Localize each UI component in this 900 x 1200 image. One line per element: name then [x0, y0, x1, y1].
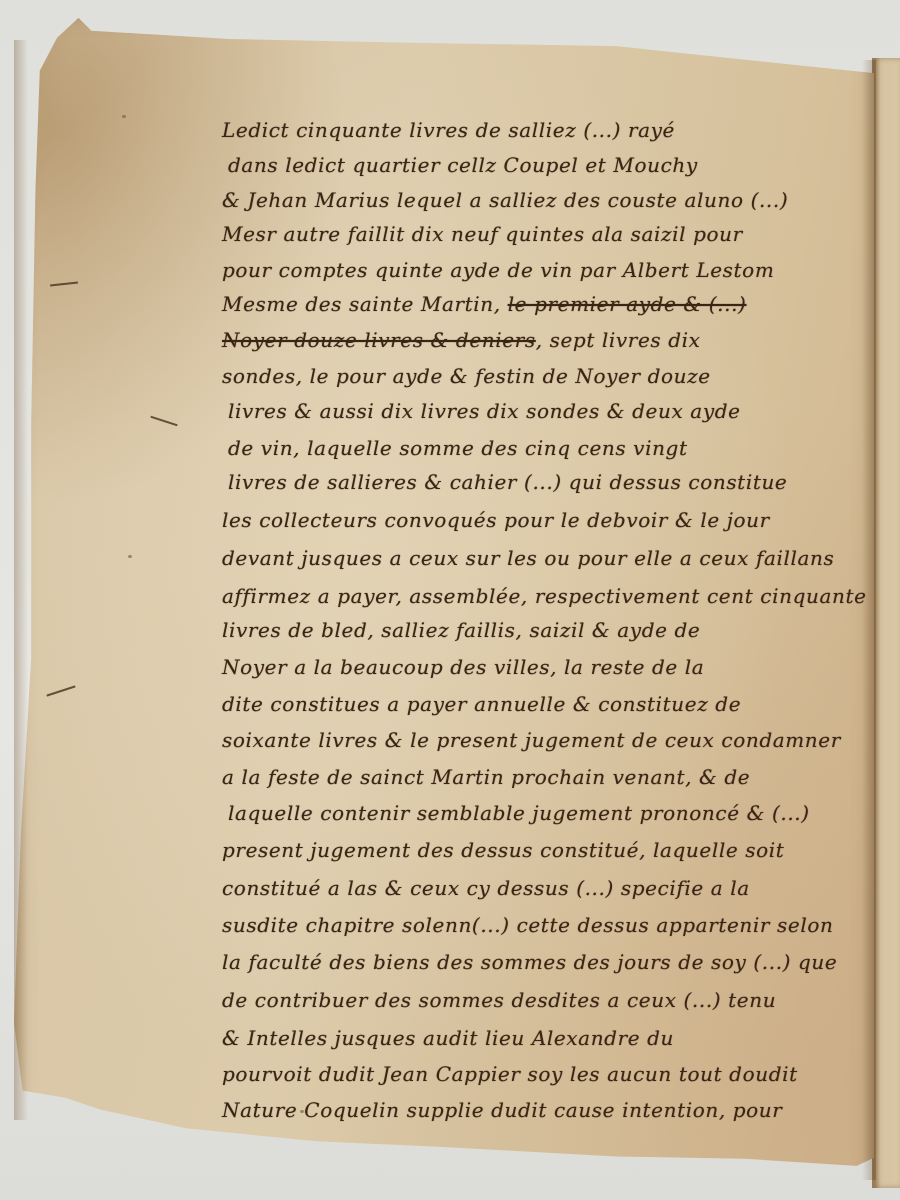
manuscript-line: constitué a las & ceux cy dessus (...) s…: [222, 876, 750, 900]
manuscript-line: livres de sallieres & cahier (...) qui d…: [228, 470, 787, 494]
manuscript-line: laquelle contenir semblable jugement pro…: [228, 801, 810, 825]
manuscript-line: Nature Coquelin supplie dudit cause inte…: [222, 1098, 782, 1122]
manuscript-line: livres & aussi dix livres dix sondes & d…: [228, 399, 741, 423]
manuscript-line: pourvoit dudit Jean Cappier soy les aucu…: [222, 1062, 798, 1086]
manuscript-line: present jugement des dessus constitué, l…: [222, 838, 784, 862]
manuscript-line: pour comptes quinte ayde de vin par Albe…: [222, 258, 774, 282]
struck-text: Noyer douze livres & deniers: [222, 328, 536, 352]
manuscript-line: Noyer a la beaucoup des villes, la reste…: [222, 655, 704, 679]
manuscript-line: dans ledict quartier cellz Coupel et Mou…: [228, 153, 698, 177]
manuscript-line: & Intelles jusques audit lieu Alexandre …: [222, 1026, 674, 1050]
manuscript-line: de contribuer des sommes desdites a ceux…: [222, 988, 776, 1012]
struck-text: le premier ayde & (...): [508, 292, 747, 316]
manuscript-line: la faculté des biens des sommes des jour…: [222, 950, 837, 974]
manuscript-line: devant jusques a ceux sur les ou pour el…: [222, 546, 834, 570]
manuscript-line: soixante livres & le present jugement de…: [222, 728, 841, 752]
manuscript-line: livres de bled, salliez faillis, saizil …: [222, 618, 700, 642]
manuscript-line: Mesr autre faillit dix neuf quintes ala …: [222, 222, 743, 246]
manuscript-line: affirmez a payer, assemblée, respectivem…: [222, 584, 867, 608]
manuscript-line: Ledict cinquante livres de salliez (...)…: [222, 118, 675, 142]
manuscript-text: Ledict cinquante livres de salliez (...)…: [0, 0, 900, 1200]
manuscript-line: a la feste de sainct Martin prochain ven…: [222, 765, 750, 789]
manuscript-line: Mesme des sainte Martin, le premier ayde…: [222, 292, 746, 316]
manuscript-line: dite constitues a payer annuelle & const…: [222, 692, 741, 716]
manuscript-line: les collecteurs convoqués pour le debvoi…: [222, 508, 770, 532]
manuscript-line: de vin, laquelle somme des cinq cens vin…: [228, 436, 688, 460]
manuscript-line: Noyer douze livres & deniers, sept livre…: [222, 328, 701, 352]
manuscript-line: & Jehan Marius lequel a salliez des cous…: [222, 188, 788, 212]
manuscript-line: sondes, le pour ayde & festin de Noyer d…: [222, 364, 711, 388]
manuscript-line: susdite chapitre solenn(...) cette dessu…: [222, 913, 833, 937]
